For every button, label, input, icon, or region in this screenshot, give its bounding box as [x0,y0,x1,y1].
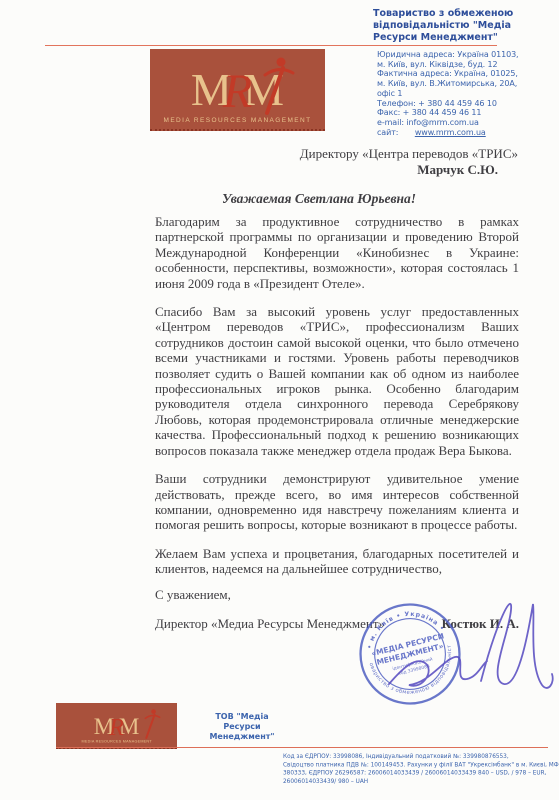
body-paragraph: Благодарим за продуктивное сотрудничеств… [155,214,519,291]
email-link[interactable]: info@mrm.com.ua [406,118,478,127]
signature [383,586,558,718]
address-line: Юридична адреса: Україна 01103, [377,50,555,60]
address-line: офіс 1 [377,89,555,99]
sign-off: С уважением, [155,587,231,603]
logo-letters: M R M [191,67,284,113]
logo-caption: MEDIA RESOURCES MANAGEMENT [164,117,312,124]
company-name: Товариство з обмеженою відповідальністю … [373,8,553,43]
address-line: Телефон: + 380 44 459 46 10 [377,99,555,109]
signer-position: Директор «Медиа Ресурсы Менеджмент» [155,616,385,632]
site-label: сайт: [377,128,398,137]
company-name-line: Ресурси Менеджмент" [373,32,553,44]
letter-body: Благодарим за продуктивное сотрудничеств… [155,214,519,590]
company-name-line: відповідальністю "Медіа [373,20,553,32]
recipient-title: Директору «Центра переводов «ТРИС» [300,146,518,162]
dancer-icon [255,55,301,117]
address-line: Фактична адреса: Україна, 01025, [377,69,555,79]
body-paragraph: Спасибо Вам за высокий уровень услуг пре… [155,304,519,458]
footer-divider [56,747,548,748]
header-divider [45,45,497,46]
address-block: Юридична адреса: Україна 01103, м. Київ,… [377,50,555,137]
footer-company-line: Менеджмент" [196,732,288,742]
logo-letter-r: R [109,716,124,740]
address-line: м. Київ, вул. Кіквідзе, буд. 12 [377,60,555,70]
footer-company-name: ТОВ "Медіа Ресурси Менеджмент" [196,712,288,742]
requisites-line: 26006014033439/ 980 – UAH [283,777,557,785]
requisites-line: Код за ЄДРПОУ: 33998086, Індивідуальний … [283,752,557,760]
footer-requisites: Код за ЄДРПОУ: 33998086, Індивідуальний … [283,752,557,785]
email-label: e-mail: [377,118,404,127]
company-name-line: Товариство з обмеженою [373,8,553,20]
mrm-logo-small: M R M MEDIA RESOURCES MANAGEMENT [56,703,177,749]
footer-company-line: ТОВ "Медіа Ресурси [196,712,288,732]
recipient-block: Директору «Центра переводов «ТРИС» Марчу… [300,146,518,177]
salutation: Уважаемая Светлана Юрьевна! [155,191,519,207]
body-paragraph: Желаем Вам успеха и процветания, благода… [155,546,519,577]
requisites-line: 380333, ЄДРПОУ 26296587: 26006014033439 … [283,769,557,777]
body-paragraph: Ваши сотрудники демонстрируют удивительн… [155,471,519,533]
mrm-logo: M R M MEDIA RESOURCES MANAGEMENT [150,49,325,131]
site-link[interactable]: www.mrm.com.ua [415,128,486,137]
address-line: Факс: + 380 44 459 46 11 [377,108,555,118]
dancer-icon [140,708,164,740]
requisites-line: Свідоцтво платника ПДВ №: 100149453. Рах… [283,760,557,768]
recipient-name: Марчук С.Ю. [300,162,518,178]
address-line: м. Київ, вул. В.Житомирська, 20А, [377,79,555,89]
letter-page: Товариство з обмеженою відповідальністю … [0,0,559,800]
logo-letter-r: R [223,68,252,116]
logo-letters: M R M [94,715,140,738]
logo-caption: MEDIA RESOURCES MANAGEMENT [81,740,151,744]
